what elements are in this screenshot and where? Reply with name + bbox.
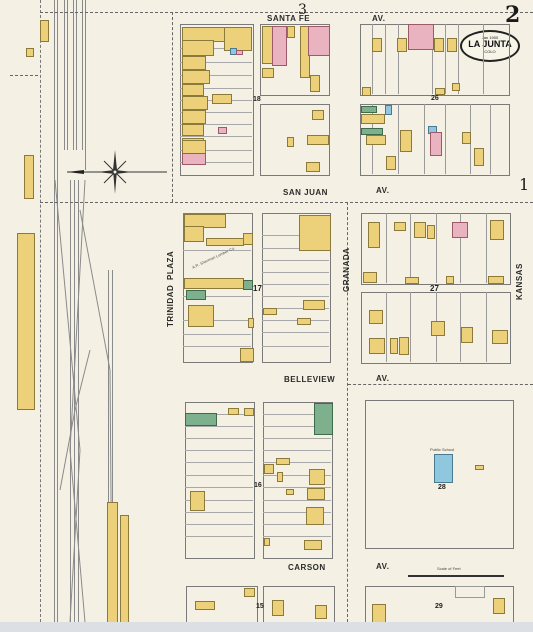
- building-iron-clad: [361, 106, 377, 113]
- building-iron-clad: [185, 413, 217, 426]
- building-frame: [488, 276, 504, 284]
- building-frame: [228, 408, 239, 415]
- railroad-building: [40, 20, 49, 42]
- building-frame: [390, 338, 398, 354]
- building-frame: [431, 321, 445, 336]
- building-frame: [434, 38, 444, 52]
- building-frame: [312, 110, 324, 120]
- building-frame: [206, 238, 244, 246]
- building-iron-clad: [314, 403, 333, 435]
- building-frame: [427, 225, 435, 239]
- building-lumber-shed: [184, 278, 244, 289]
- rail-track: [64, 0, 65, 150]
- public-school-label: Public School: [430, 447, 454, 452]
- building-frame: [405, 277, 419, 284]
- street-san-juan-av: AV.: [376, 186, 390, 195]
- building-frame: [462, 132, 471, 144]
- building-stone: [385, 105, 392, 115]
- building-frame: [182, 96, 208, 110]
- street-carson-av: AV.: [376, 562, 390, 571]
- block-number-16: 16: [254, 482, 262, 489]
- scan-bottom-margin: [0, 622, 533, 632]
- building-frame: [461, 327, 473, 343]
- rail-track: [67, 0, 68, 150]
- building-frame: [306, 507, 324, 525]
- railroad-building: [26, 48, 34, 57]
- sheet-boundary: [40, 12, 533, 13]
- building-warehouse: [299, 215, 331, 251]
- freight-depot: [17, 233, 35, 410]
- building-brick: [430, 132, 442, 156]
- sheet-boundary: [40, 202, 533, 203]
- building-frame: [264, 464, 274, 474]
- building-frame: [182, 40, 214, 56]
- building-frame: [400, 130, 412, 152]
- building-frame: [307, 488, 325, 500]
- street-kansas: KANSAS: [515, 263, 524, 300]
- building-frame: [184, 226, 204, 242]
- building-frame: [315, 605, 327, 619]
- block-number-15: 15: [256, 603, 264, 610]
- street-belleview: BELLEVIEW: [284, 375, 335, 384]
- building-frame: [493, 598, 505, 614]
- street-plaza: PLAZA: [166, 251, 175, 280]
- building-frame: [276, 458, 290, 465]
- building-frame: [307, 135, 329, 145]
- building-frame: [212, 94, 232, 104]
- building-frame: [243, 233, 253, 245]
- building-frame: [287, 137, 294, 147]
- building-frame: [195, 601, 215, 610]
- street-carson: CARSON: [288, 563, 326, 572]
- building-frame: [190, 491, 205, 511]
- block-number-26: 26: [431, 95, 439, 102]
- north-arrow-icon: [62, 145, 172, 195]
- building-frame: [492, 330, 508, 344]
- scale-label: Scale of Feet: [437, 566, 461, 571]
- building-frame: [475, 465, 484, 470]
- building-brick: [408, 24, 434, 50]
- railroad-building: [24, 155, 34, 199]
- building-frame: [386, 156, 396, 170]
- building-frame: [309, 469, 325, 485]
- building-brick: [182, 153, 206, 165]
- street-trinidad: TRINIDAD: [166, 285, 175, 327]
- building-brick: [272, 26, 287, 66]
- building-frame: [244, 408, 254, 416]
- sanborn-map-sheet: 2 3 1 Jan 1900 LA JUNTA COLO SANTA FE AV…: [0, 0, 533, 622]
- building-frame: [304, 540, 322, 550]
- building-frame: [182, 110, 206, 124]
- block-number-28: 28: [438, 484, 446, 491]
- building-iron-clad: [186, 290, 206, 300]
- scale-bar: [408, 575, 504, 577]
- building-frame: [182, 124, 204, 136]
- building-frame: [244, 588, 255, 597]
- building-iron-clad: [243, 280, 253, 290]
- building-brick: [452, 222, 468, 238]
- building-frame: [287, 26, 295, 38]
- block-number-29: 29: [435, 603, 443, 610]
- building-frame: [264, 538, 270, 546]
- block-number-27: 27: [430, 284, 439, 293]
- building-frame: [372, 38, 382, 52]
- building-brick: [236, 50, 243, 55]
- building-frame: [361, 114, 385, 124]
- street-san-juan: SAN JUAN: [283, 188, 328, 197]
- building-frame: [490, 220, 504, 240]
- building-frame: [272, 600, 284, 616]
- building-frame: [446, 276, 454, 284]
- building-frame: [363, 272, 377, 283]
- building-frame: [394, 222, 406, 231]
- rail-track: [76, 0, 77, 150]
- building-brick: [308, 26, 330, 56]
- street-santa-fe: SANTA FE: [267, 14, 310, 23]
- building-iron-clad: [361, 128, 383, 135]
- sheet-boundary: [348, 384, 533, 385]
- building-frame: [414, 222, 426, 238]
- building-frame: [306, 162, 320, 172]
- building-frame: [369, 310, 383, 324]
- building-brick: [218, 127, 227, 134]
- building-frame: [474, 148, 484, 166]
- building-frame: [297, 318, 311, 325]
- building-frame: [182, 56, 206, 70]
- building-frame: [240, 348, 254, 362]
- building-frame: [362, 87, 371, 96]
- street-santa-fe-av: AV.: [372, 14, 386, 23]
- block-number-18: 18: [253, 96, 261, 103]
- street-belleview-av: AV.: [376, 374, 390, 383]
- rail-track: [73, 0, 74, 150]
- sheet-boundary: [172, 12, 173, 202]
- adjacent-sheet-right[interactable]: 1: [519, 175, 529, 194]
- platform-building: [107, 502, 118, 622]
- building-frame: [277, 472, 283, 482]
- building-frame: [248, 318, 254, 328]
- building-frame: [224, 27, 252, 51]
- building-frame: [368, 222, 380, 248]
- building-frame: [262, 68, 274, 78]
- building-frame: [435, 88, 445, 95]
- street-granada: GRANADA: [342, 248, 351, 292]
- boundary-line: [10, 75, 38, 76]
- block-number-17: 17: [253, 284, 262, 293]
- platform-building: [120, 515, 129, 622]
- building-frame: [397, 38, 407, 52]
- building-frame: [286, 489, 294, 495]
- building-frame: [399, 337, 409, 355]
- building-frame: [372, 604, 386, 622]
- building-frame: [366, 135, 386, 145]
- building-frame: [310, 75, 320, 92]
- building-frame: [182, 70, 210, 84]
- building-frame: [452, 83, 460, 91]
- building-frame: [263, 308, 277, 315]
- building-frame: [447, 38, 457, 52]
- block-26-north: [360, 24, 510, 96]
- rail-track: [82, 0, 83, 150]
- legend-box: [455, 586, 485, 598]
- building-frame: [369, 338, 385, 354]
- building-public-school: [434, 454, 453, 483]
- building-frame: [188, 305, 214, 327]
- building-frame: [182, 84, 204, 96]
- building-frame: [303, 300, 325, 310]
